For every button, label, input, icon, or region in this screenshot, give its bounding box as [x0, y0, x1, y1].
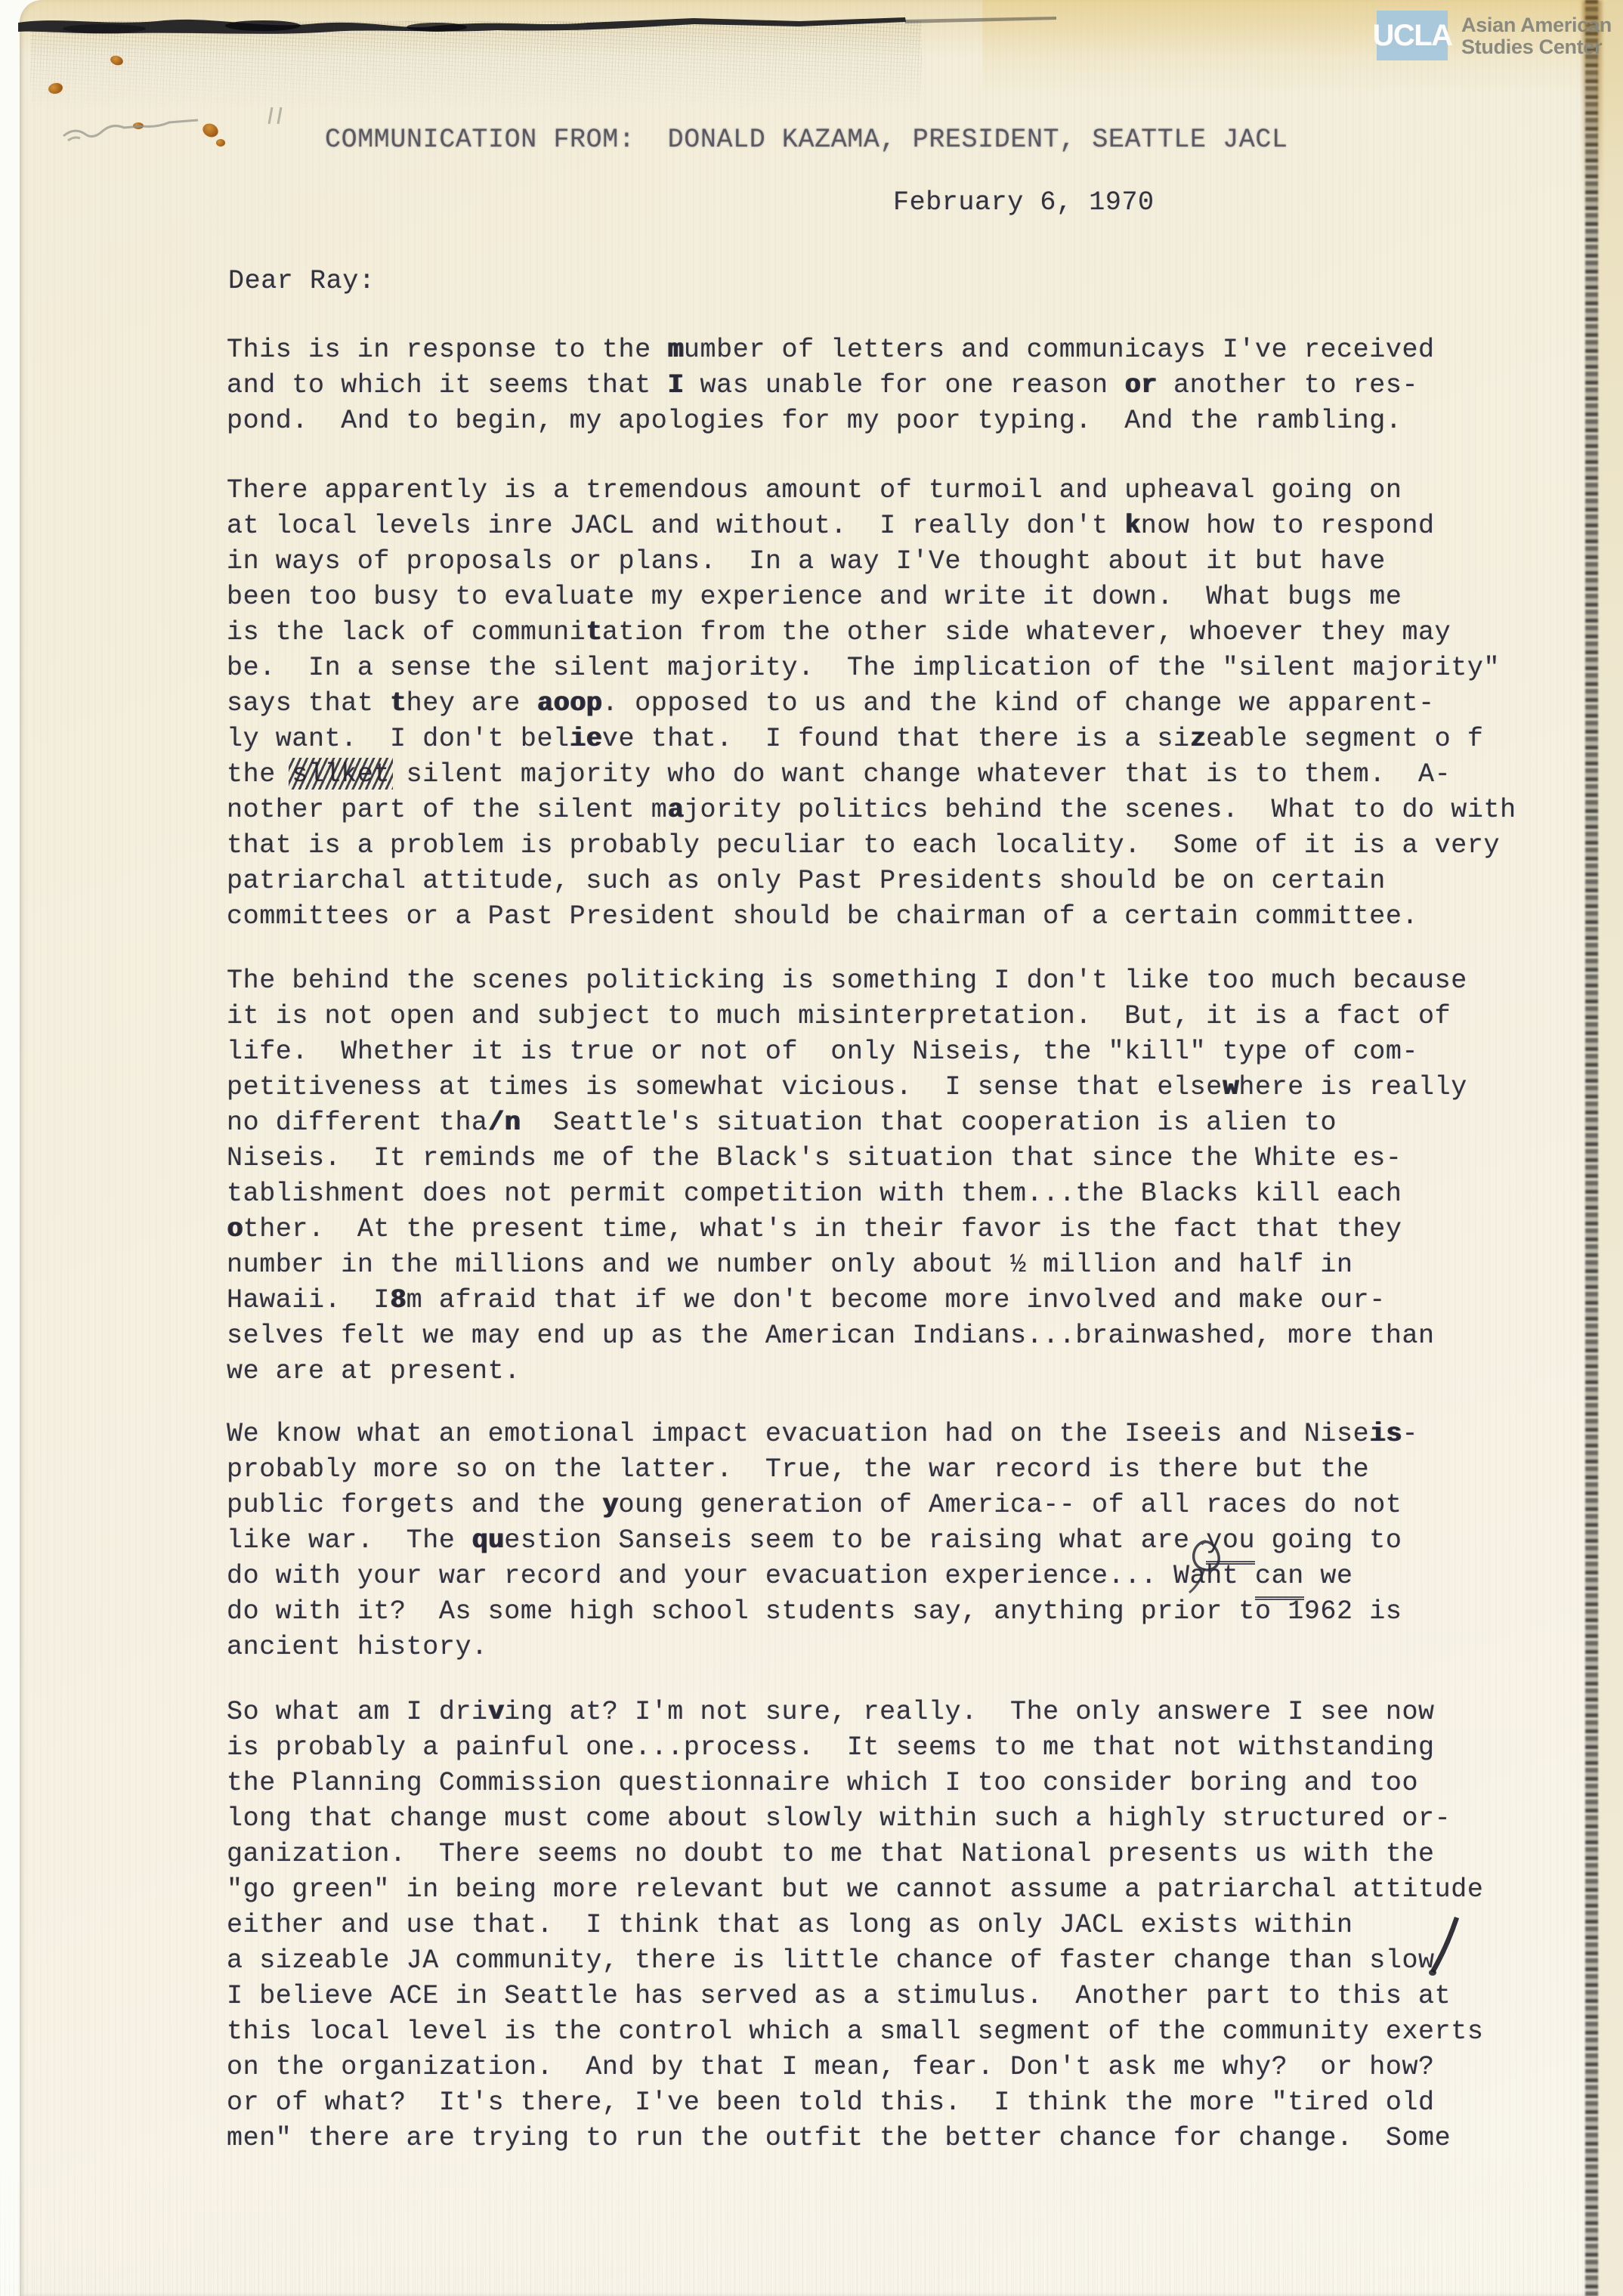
- paragraph: So what am I driving at? I'm not sure, r…: [227, 1695, 1483, 2156]
- letter-date: February 6, 1970: [893, 187, 1155, 218]
- typed-line: "go green" in being more relevant but we…: [227, 1872, 1483, 1908]
- typed-line: selves felt we may end up as the America…: [227, 1318, 1467, 1354]
- typed-line: be. In a sense the silent majority. The …: [227, 650, 1516, 686]
- typed-line: pond. And to begin, my apologies for my …: [227, 403, 1435, 439]
- typed-line: other. At the present time, what's in th…: [227, 1212, 1467, 1247]
- typed-line: in ways of proposals or plans. In a way …: [227, 544, 1516, 579]
- typed-line: the sllket silent majority who do want c…: [227, 757, 1516, 793]
- typed-line: number in the millions and we number onl…: [227, 1247, 1467, 1283]
- ucla-org-name: Asian American Studies Center: [1461, 11, 1612, 60]
- paragraph: The behind the scenes politicking is som…: [227, 963, 1467, 1389]
- paragraph: This is in response to the mumber of let…: [227, 332, 1435, 439]
- typed-line: it is not open and subject to much misin…: [227, 999, 1467, 1034]
- scanned-letter-page: UCLA Asian American Studies Center COMMU…: [0, 0, 1623, 2296]
- typed-line: and to which it seems that I was unable …: [227, 368, 1435, 403]
- typed-line: no different tha/n Seattle's situation t…: [227, 1105, 1467, 1141]
- pencil-tick-mark: [266, 104, 293, 128]
- typed-line: is the lack of communitation from the ot…: [227, 615, 1516, 650]
- typed-line: probably more so on the latter. True, th…: [227, 1452, 1418, 1488]
- ucla-logo-mark: UCLA: [1377, 11, 1448, 60]
- paragraph: We know what an emotional impact evacuat…: [227, 1417, 1418, 1665]
- typed-line: we are at present.: [227, 1354, 1467, 1389]
- typed-line: ancient history.: [227, 1630, 1418, 1665]
- typed-line: public forgets and the young generation …: [227, 1488, 1418, 1523]
- typed-line: on the organization. And by that I mean,…: [227, 2050, 1483, 2085]
- typed-line: this local level is the control which a …: [227, 2014, 1483, 2050]
- typed-line: patriarchal attitude, such as only Past …: [227, 864, 1516, 899]
- paragraph: There apparently is a tremendous amount …: [227, 473, 1516, 935]
- typed-line: says that they are aoop. opposed to us a…: [227, 686, 1516, 722]
- typed-line: at local levels inre JACL and without. I…: [227, 508, 1516, 544]
- ucla-logo-text: UCLA: [1372, 19, 1451, 53]
- pencil-mark: [59, 112, 233, 151]
- typed-line: The behind the scenes politicking is som…: [227, 963, 1467, 999]
- salutation: Dear Ray:: [228, 266, 375, 296]
- typed-line: men" there are trying to run the outfit …: [227, 2121, 1483, 2156]
- typed-line: that is a problem is probably peculiar t…: [227, 828, 1516, 864]
- typed-line: been too busy to evaluate my experience …: [227, 579, 1516, 615]
- typed-line: either and use that. I think that as lon…: [227, 1908, 1483, 1943]
- ucla-org-line1: Asian American: [1461, 14, 1612, 36]
- typed-line: the Planning Commission questionnaire wh…: [227, 1766, 1483, 1801]
- typed-line: This is in response to the mumber of let…: [227, 332, 1435, 368]
- typed-line: do with it? As some high school students…: [227, 1594, 1418, 1630]
- letter-heading: COMMUNICATION FROM: DONALD KAZAMA, PRESI…: [325, 125, 1288, 155]
- typed-line: ganization. There seems no doubt to me t…: [227, 1837, 1483, 1872]
- typed-line: life. Whether it is true or not of only …: [227, 1034, 1467, 1070]
- typed-line: committees or a Past President should be…: [227, 899, 1516, 935]
- typed-line: I believe ACE in Seattle has served as a…: [227, 1979, 1483, 2014]
- typed-line: do with your war record and your evacuat…: [227, 1559, 1418, 1594]
- right-page-edge: [1596, 0, 1623, 2296]
- typed-line: petitiveness at times is somewhat viciou…: [227, 1070, 1467, 1105]
- typed-line: There apparently is a tremendous amount …: [227, 473, 1516, 508]
- typed-line: So what am I driving at? I'm not sure, r…: [227, 1695, 1483, 1730]
- bottom-scan-streaks: [0, 2146, 1587, 2296]
- ucla-watermark: UCLA Asian American Studies Center: [1377, 11, 1612, 60]
- toner-speckles: [30, 21, 922, 119]
- ucla-org-line2: Studies Center: [1461, 36, 1612, 58]
- typed-line: a sizeable JA community, there is little…: [227, 1943, 1483, 1979]
- typed-line: long that change must come about slowly …: [227, 1801, 1483, 1837]
- typed-line: nother part of the silent majority polit…: [227, 793, 1516, 828]
- typed-line: Niseis. It reminds me of the Black's sit…: [227, 1141, 1467, 1176]
- right-edge-binding-artifact: [1585, 0, 1598, 2296]
- typed-line: is probably a painful one...process. It …: [227, 1730, 1483, 1766]
- typed-line: like war. The question Sanseis seem to b…: [227, 1523, 1418, 1559]
- typed-line: or of what? It's there, I've been told t…: [227, 2085, 1483, 2121]
- typed-line: Hawaii. I8m afraid that if we don't beco…: [227, 1283, 1467, 1318]
- typed-line: ly want. I don't believe that. I found t…: [227, 722, 1516, 757]
- typed-line: We know what an emotional impact evacuat…: [227, 1417, 1418, 1452]
- typed-line: tablishment does not permit competition …: [227, 1176, 1467, 1212]
